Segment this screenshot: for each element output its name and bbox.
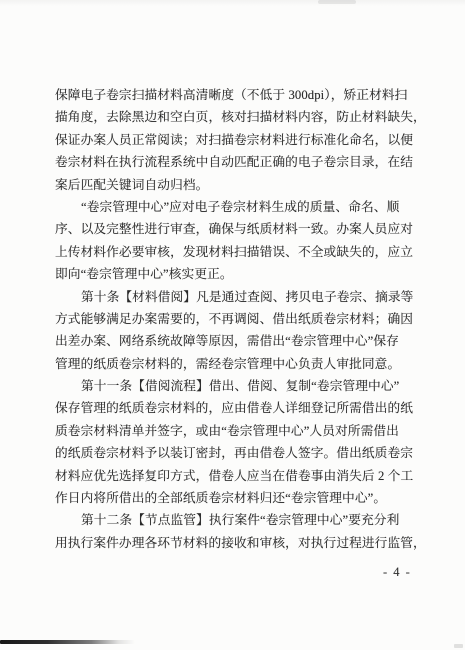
- text-line: 作日内将所借出的全部纸质卷宗材料归还“卷宗管理中心”。: [55, 487, 423, 509]
- text-line: 保障电子卷宗扫描材料高清晰度（不低于 300dpi），矫正材料扫: [55, 84, 423, 106]
- text-line: 第十条【材料借阅】凡是通过查阅、拷贝电子卷宗、摘录等: [55, 286, 423, 308]
- text-line: 出差办案、网络系统故障等原因，需借出“卷宗管理中心”保存: [55, 330, 423, 352]
- page-number: - 4 -: [383, 561, 411, 583]
- paragraph-archive-center-review: “卷宗管理中心”应对电子卷宗材料生成的质量、命名、顺 序、以及完整性进行审查，确…: [55, 196, 423, 286]
- text-line: 保存管理的纸质卷宗材料的，应由借卷人详细登记所需借出的纸: [55, 397, 423, 419]
- scan-smudge-top: [318, 0, 356, 4]
- text-line: 卷宗材料在执行流程系统中自动匹配正确的电子卷宗目录，在结: [55, 151, 423, 173]
- text-line: 案后匹配关键词自动归档。: [55, 174, 423, 196]
- text-line: 用执行案件办理各环节材料的接收和审核，对执行过程进行监管，: [55, 532, 423, 554]
- paragraph-article-10: 第十条【材料借阅】凡是通过查阅、拷贝电子卷宗、摘录等 方式能够满足办案需要的，不…: [55, 286, 423, 376]
- paragraph-article-11: 第十一条【借阅流程】借出、借阅、复制“卷宗管理中心” 保存管理的纸质卷宗材料的，…: [55, 375, 423, 509]
- text-line: 上传材料作必要审核，发现材料扫描错误、不全或缺失的，应立: [55, 241, 423, 263]
- text-line: 材料应优先选择复印方式，借卷人应当在借卷事由消失后 2 个工: [55, 465, 423, 487]
- text-line: 质卷宗材料清单并签字，或由“卷宗管理中心”人员对所需借出: [55, 420, 423, 442]
- text-line: 保证办案人员正常阅读；对扫描卷宗材料进行标准化命名，以便: [55, 129, 423, 151]
- scanned-document-page: 保障电子卷宗扫描材料高清晰度（不低于 300dpi），矫正材料扫 描角度，去除黑…: [0, 0, 465, 650]
- paragraph-article-12: 第十二条【节点监管】执行案件“卷宗管理中心”要充分利 用执行案件办理各环节材料的…: [55, 509, 423, 554]
- text-line: 第十一条【借阅流程】借出、借阅、复制“卷宗管理中心”: [55, 375, 423, 397]
- scan-artifact-bottom-bar: [0, 640, 135, 644]
- text-line: 方式能够满足办案需要的，不再调阅、借出纸质卷宗材料；确因: [55, 308, 423, 330]
- text-line: 描角度，去除黑边和空白页，核对扫描材料内容，防止材料缺失，: [55, 106, 423, 128]
- document-body: 保障电子卷宗扫描材料高清晰度（不低于 300dpi），矫正材料扫 描角度，去除黑…: [55, 84, 423, 554]
- text-line: 第十二条【节点监管】执行案件“卷宗管理中心”要充分利: [55, 509, 423, 531]
- text-line: 序、以及完整性进行审查，确保与纸质材料一致。办案人员应对: [55, 218, 423, 240]
- text-line: 即向“卷宗管理中心”核实更正。: [55, 263, 423, 285]
- scan-artifact-corner-speck: [454, 644, 463, 648]
- text-line: “卷宗管理中心”应对电子卷宗材料生成的质量、命名、顺: [55, 196, 423, 218]
- text-line: 的纸质卷宗材料予以装订密封，再由借卷人签字。借出纸质卷宗: [55, 442, 423, 464]
- scan-noise-top: [0, 0, 465, 6]
- text-line: 管理的纸质卷宗材料的，需经卷宗管理中心负责人审批同意。: [55, 353, 423, 375]
- paragraph-scan-quality: 保障电子卷宗扫描材料高清晰度（不低于 300dpi），矫正材料扫 描角度，去除黑…: [55, 84, 423, 196]
